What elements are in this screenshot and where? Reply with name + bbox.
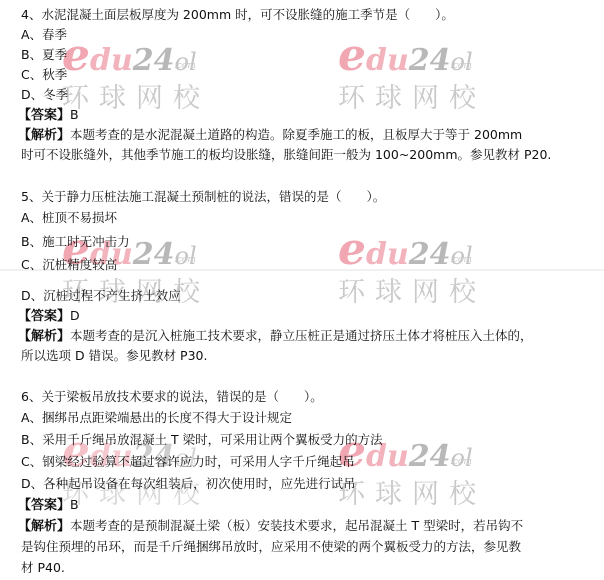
analysis-line: 本题考查的是水泥混凝土道路的构造。除夏季施工的板，且板厚大于等于 200mm	[70, 127, 522, 142]
analysis-row: 【解析】本题考查的是预制混凝土梁（板）安装技术要求，起吊混凝土 T 型梁时，若吊…	[18, 517, 523, 536]
option-d: D、沉桩过程不产生挤土效应	[21, 287, 181, 305]
analysis-label: 【解析】	[18, 329, 70, 344]
option-c: C、秋季	[21, 66, 67, 84]
analysis-line: 本题考查的是预制混凝土梁（板）安装技术要求，起吊混凝土 T 型梁时，若吊钩不	[70, 518, 523, 533]
analysis-row: 【解析】本题考查的是水泥混凝土道路的构造。除夏季施工的板，且板厚大于等于 200…	[18, 126, 522, 145]
answer-value: B	[70, 497, 79, 512]
answer-value: D	[70, 308, 80, 323]
option-b: B、夏季	[21, 46, 67, 64]
option-a: A、春季	[21, 26, 67, 44]
answer-label: 【答案】	[18, 498, 70, 513]
analysis-line: 所以选项 D 错误。参见教材 P30.	[21, 347, 207, 365]
analysis-line: 是钩住预埋的吊环，而是千斤绳捆绑吊放时，应采用不使梁的两个翼板受力的方法，参见教	[21, 538, 521, 556]
analysis-line: 材 P40.	[21, 559, 65, 577]
answer-label: 【答案】	[18, 309, 70, 324]
analysis-row: 【解析】本题考查的是沉入桩施工技术要求，静立压桩正是通过挤压土体才将桩压入土体的…	[18, 327, 533, 346]
answer-row: 【答案】D	[18, 307, 80, 326]
option-d: D、各种起吊设备在每次组装后，初次使用时，应先进行试吊	[21, 475, 356, 493]
document-page: edu24ol .com 环球网校 edu24ol .com 环球网校 edu2…	[0, 0, 604, 580]
question-stem: 5、关于静力压桩法施工混凝土预制桩的说法，错误的是（ ）。	[21, 188, 385, 206]
question-stem: 6、关于梁板吊放技术要求的说法，错误的是（ ）。	[21, 388, 323, 406]
answer-value: B	[70, 107, 79, 122]
option-c: C、沉桩精度较高	[21, 256, 117, 274]
answer-row: 【答案】B	[18, 496, 79, 515]
question-stem: 4、水泥混凝土面层板厚度为 200mm 时，可不设胀缝的施工季节是（ ）。	[21, 6, 454, 24]
option-b: B、采用千斤绳吊放混凝土 T 梁时，可采用让两个翼板受力的方法	[21, 431, 383, 449]
answer-row: 【答案】B	[18, 106, 79, 125]
question-list: 4、水泥混凝土面层板厚度为 200mm 时，可不设胀缝的施工季节是（ ）。 A、…	[0, 0, 604, 580]
analysis-label: 【解析】	[18, 519, 70, 534]
option-a: A、捆绑吊点距梁端悬出的长度不得大于设计规定	[21, 409, 292, 427]
answer-label: 【答案】	[18, 108, 70, 123]
option-d: D、冬季	[21, 86, 68, 104]
analysis-label: 【解析】	[18, 128, 70, 143]
analysis-line: 时可不设胀缝外，其他季节施工的板均设胀缝，胀缝间距一般为 100~200mm。参…	[21, 146, 551, 164]
option-a: A、桩顶不易损坏	[21, 209, 117, 227]
option-b: B、施工时无冲击力	[21, 233, 130, 251]
analysis-line: 本题考查的是沉入桩施工技术要求，静立压桩正是通过挤压土体才将桩压入土体的，	[70, 328, 533, 343]
option-c: C、钢梁经过验算不超过容许应力时，可采用人字千斤绳起吊	[21, 453, 355, 471]
